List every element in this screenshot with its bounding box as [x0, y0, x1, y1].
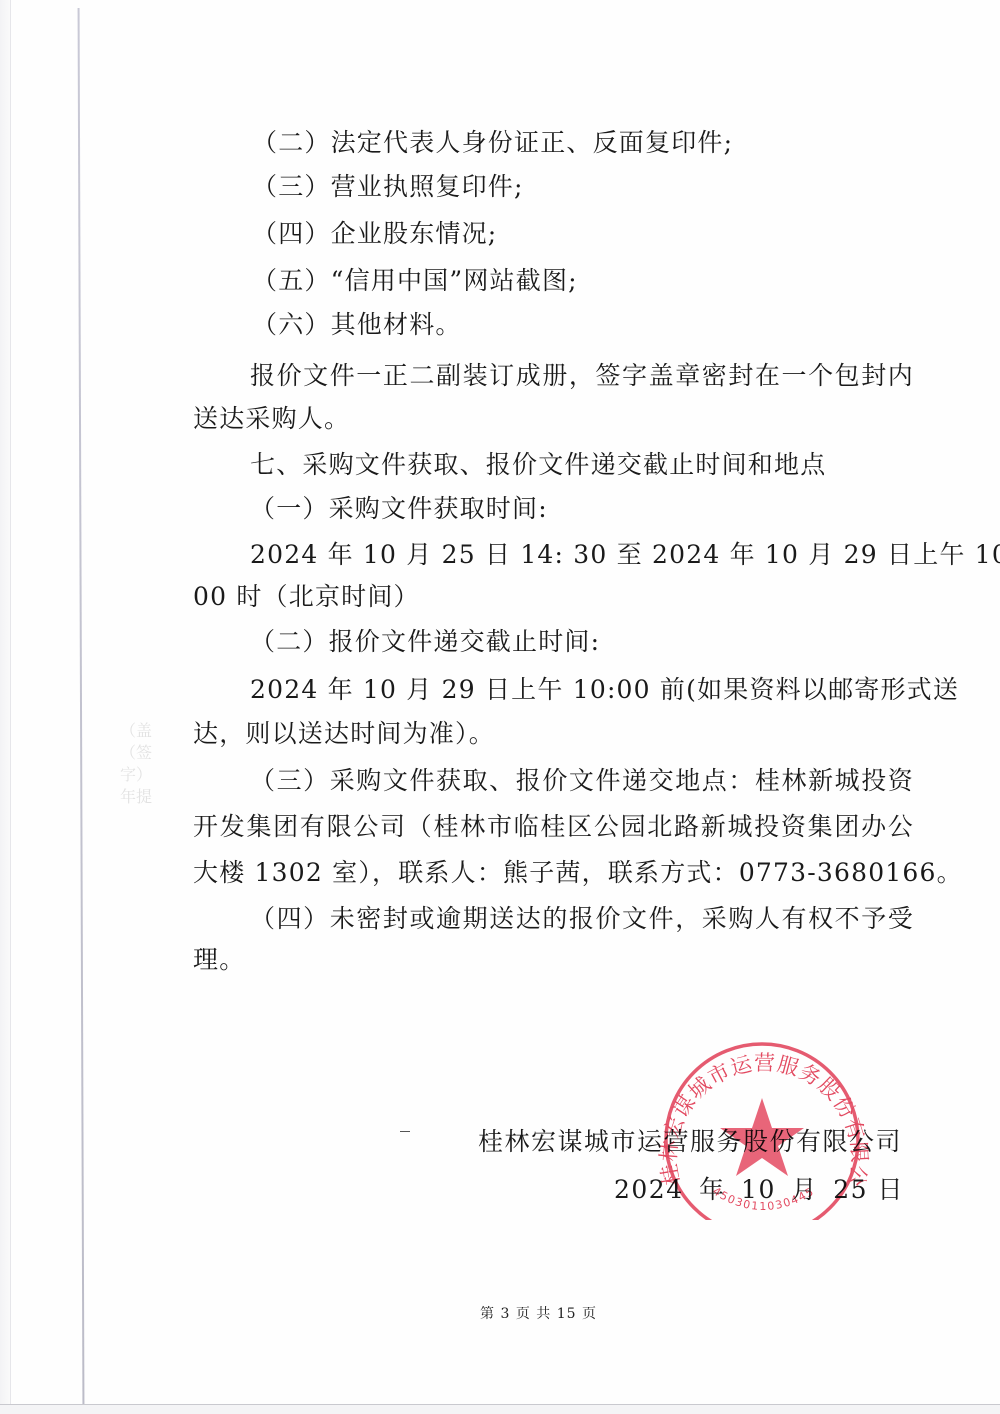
- rejection-clause-line2: 理。: [193, 938, 245, 982]
- list-item-shareholders: （四）企业股东情况;: [252, 212, 497, 256]
- list-item-business-license: （三）营业执照复印件;: [252, 165, 524, 209]
- location-line1: （三）采购文件获取、报价文件递交地点：桂林新城投资: [250, 759, 914, 803]
- location-contact-line: 大楼 1302 室），联系人：熊子茜，联系方式：0773-3680166。: [193, 851, 914, 895]
- section-heading-7: 七、采购文件获取、报价文件递交截止时间和地点: [250, 443, 826, 487]
- bleed-text: （盖: [120, 720, 170, 742]
- binding-line: [78, 8, 85, 1404]
- page-suffix: 页: [582, 1306, 597, 1322]
- list-item-id-card: （二）法定代表人身份证正、反面复印件;: [252, 121, 733, 165]
- bleed-text: （签字）: [120, 742, 170, 786]
- page-current: 3: [500, 1306, 510, 1322]
- rejection-clause-line1: （四）未密封或逾期送达的报价文件，采购人有权不予受: [250, 897, 914, 941]
- paragraph-binding-line2: 送达采购人。: [193, 397, 350, 441]
- page-prefix: 第: [480, 1306, 495, 1322]
- document-page: （盖 （签字） 年提 （二）法定代表人身份证正、反面复印件; （三）营业执照复印…: [0, 0, 1000, 1414]
- location-line2: 开发集团有限公司（桂林市临桂区公园北路新城投资集团办公: [193, 805, 914, 849]
- company-seal-icon: 桂林宏谋城市运营服务股份有限公司 4503011030445: [650, 1040, 875, 1220]
- bleed-text: 年提: [120, 786, 170, 808]
- page-total: 15: [557, 1306, 577, 1322]
- deadline-line2: 达，则以送达时间为准）。: [193, 712, 495, 756]
- paragraph-binding-line1: 报价文件一正二副装订成册，签字盖章密封在一个包封内: [250, 354, 914, 398]
- bleed-through-marks: （盖 （签字） 年提: [120, 720, 170, 810]
- subheading-acquisition-time: （一）采购文件获取时间:: [250, 487, 548, 531]
- page-mid: 页 共: [516, 1306, 551, 1322]
- deadline-line1: 2024 年 10 月 29 日上午 10:00 前(如果资料以邮寄形式送: [250, 668, 914, 712]
- stray-mark: [400, 1131, 410, 1132]
- date-day-unit: 日: [878, 1175, 905, 1204]
- list-item-credit-china: （五）“信用中国”网站截图;: [252, 259, 578, 303]
- scan-edge-left: [0, 0, 11, 1406]
- list-item-other-materials: （六）其他材料。: [252, 303, 462, 347]
- scan-edge-bottom: [0, 1404, 1000, 1414]
- svg-text:4503011030445: 4503011030445: [710, 1185, 816, 1214]
- subheading-deadline: （二）报价文件递交截止时间:: [250, 620, 600, 664]
- acquisition-time-line2: 00 时（北京时间）: [193, 575, 420, 619]
- acquisition-time-line1: 2024 年 10 月 25 日 14: 30 至 2024 年 10 月 29…: [250, 533, 914, 577]
- page-number: 第 3 页 共 15 页: [480, 1302, 597, 1326]
